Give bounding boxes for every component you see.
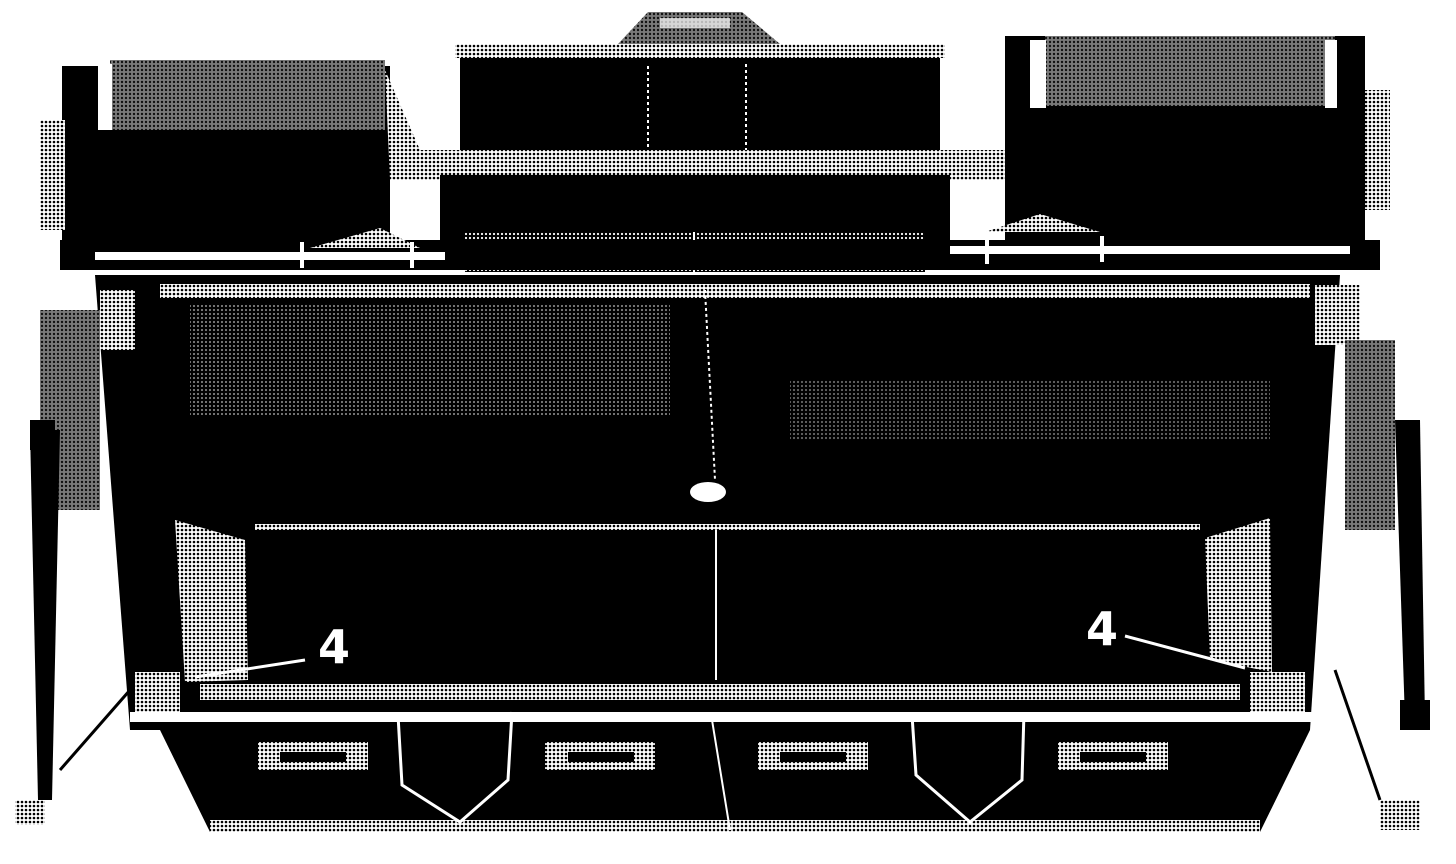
main-body xyxy=(95,275,1340,730)
callout-label-right: 4 xyxy=(1086,606,1118,652)
lower-tray xyxy=(130,712,1330,832)
callout-label-left: 4 xyxy=(318,624,350,670)
top-center-lid xyxy=(400,12,1020,275)
case-assembly-photo xyxy=(0,0,1456,864)
